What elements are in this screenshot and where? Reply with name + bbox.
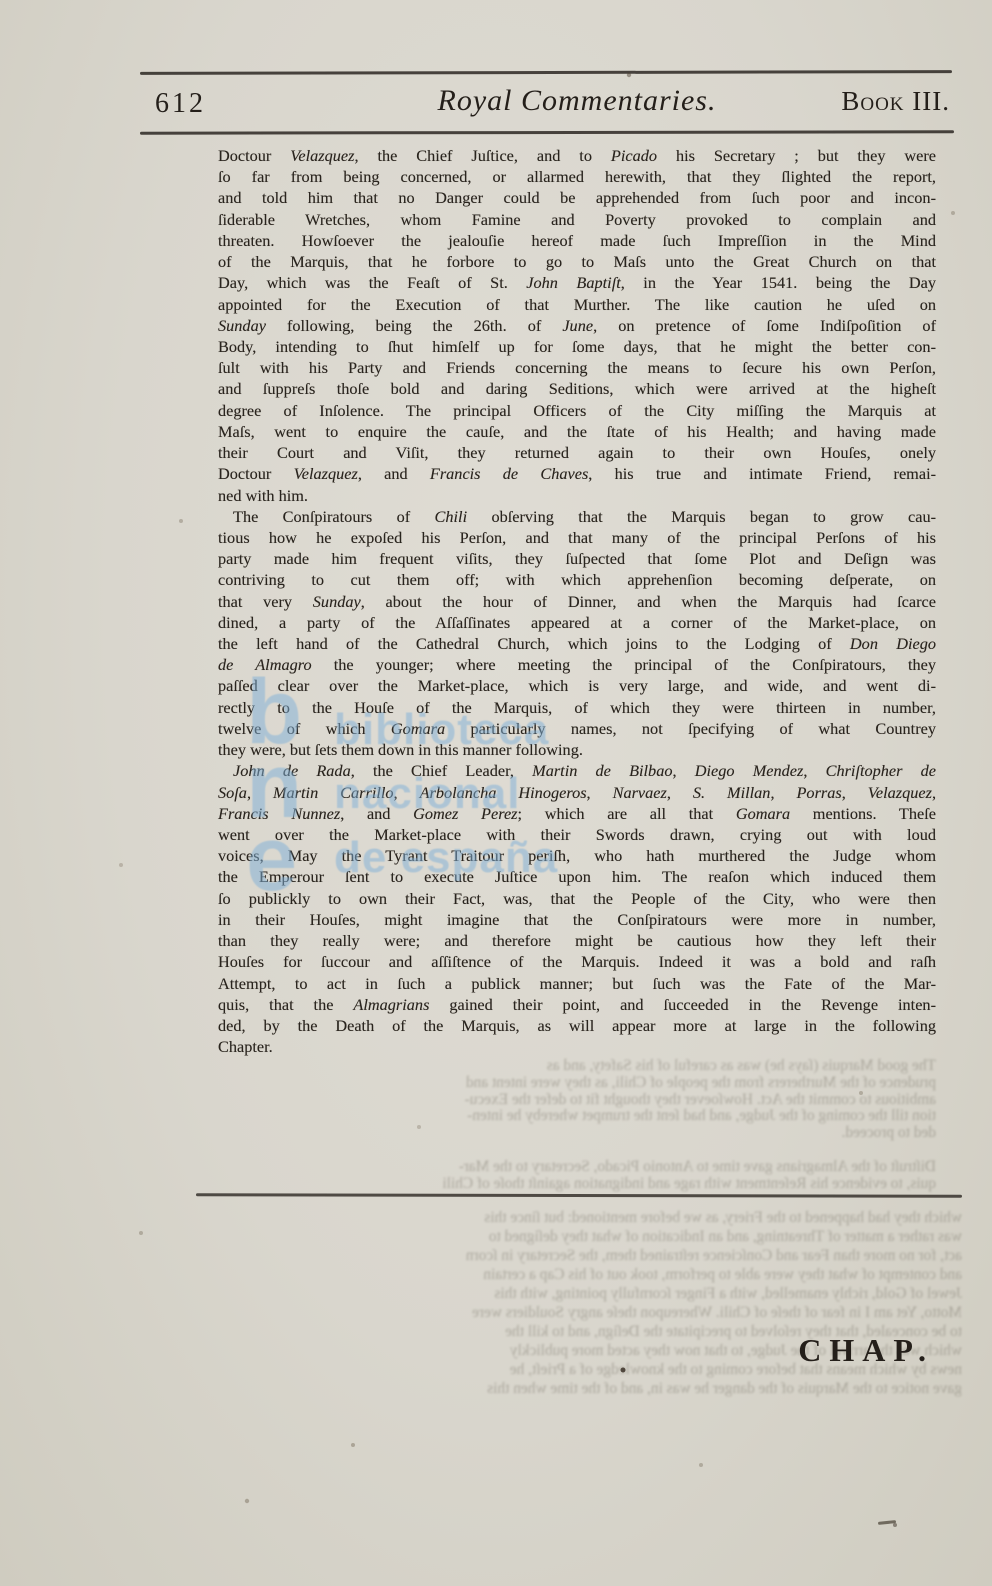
bleedthrough-line: was rather a matter of Threatning, and a…: [200, 1227, 962, 1246]
bleedthrough-line: The good Marquis (ſays he) was as carefu…: [218, 1058, 936, 1075]
text-line: tious how he expoſed his Perſon, and tha…: [218, 527, 936, 548]
bleedthrough-line: quis, to evidence his Reſentment with ra…: [218, 1176, 936, 1193]
text-line: Houſes for ſuccour and aſſiſtence of the…: [218, 951, 936, 972]
book-label: Book III.: [841, 86, 950, 117]
text-line: ſo publickly to own their Fact, was, tha…: [218, 888, 936, 909]
text-line: Soſa, Martin Carrillo, Arbolancha Hinoge…: [218, 782, 936, 803]
bleedthrough-line: prudence of the Murtherers from the peop…: [218, 1075, 936, 1092]
text-line: went over the Market-place with their Sw…: [218, 824, 936, 845]
text-line: and told him that no Danger could be app…: [218, 187, 936, 208]
bleedthrough-below-rule: which they had happened to the Friery, a…: [200, 1208, 962, 1398]
section-rule: [196, 1193, 962, 1197]
body-text: Doctour Velazquez, the Chief Juſtice, an…: [218, 145, 936, 1057]
text-line: dined, a party of the Aſſaſſinates appea…: [218, 612, 936, 633]
text-line: twelve of which Gomara particularly name…: [218, 718, 936, 739]
text-line: and ſuppreſs thoſe bold and daring Sedit…: [218, 378, 936, 399]
text-line: than they really were; and therefore mig…: [218, 930, 936, 951]
text-line: ſo far from being concerned, or allarmed…: [218, 166, 936, 187]
running-title: Royal Commentaries.: [218, 84, 936, 118]
paragraph: John de Rada, the Chief Leader, Martin d…: [218, 760, 936, 1057]
text-line: threaten. Howſoever the jealouſie hereof…: [218, 230, 936, 251]
text-line: Day, which was the Feaſt of St. John Bap…: [218, 272, 936, 293]
text-line: the Emperour ſent to execute Juſtice upo…: [218, 866, 936, 887]
bleedthrough-line: ambitious to commit the Act. Howſoever t…: [218, 1092, 936, 1109]
text-line: de Almagro the younger; where meeting th…: [218, 654, 936, 675]
bleedthrough-line: Jewel of Gold, richly enamelled, with a …: [200, 1284, 962, 1303]
paper-specks: [0, 0, 2, 2]
text-line: ned with him.: [218, 485, 936, 506]
text-line: Doctour Velazquez, the Chief Juſtice, an…: [218, 145, 936, 166]
text-line: The Conſpiratours of Chili obſerving tha…: [218, 506, 936, 527]
text-line: the left hand of the Cathedral Church, w…: [218, 633, 936, 654]
text-line: degree of Inſolence. The principal Offic…: [218, 400, 936, 421]
paragraph: The Conſpiratours of Chili obſerving tha…: [218, 506, 936, 761]
bleedthrough-line: tion till the coming of the Judge, and h…: [218, 1108, 936, 1125]
text-line: Chapter.: [218, 1036, 936, 1057]
book-page: 612 Royal Commentaries. Book III. Doctou…: [0, 0, 992, 1586]
text-line: their Court and Viſit, they returned aga…: [218, 442, 936, 463]
text-line: John de Rada, the Chief Leader, Martin d…: [218, 760, 936, 781]
bleedthrough-line: gave notice to the Marquis of the danger…: [200, 1379, 962, 1398]
bleedthrough-line: Diſtruſt of the Almagrians gave time to …: [218, 1159, 936, 1176]
bleedthrough-line: Motto, Yet am I in fear of theſe of Chil…: [200, 1303, 962, 1322]
header-rule-top: [140, 70, 952, 75]
text-line: ded, by the Death of the Marquis, as wil…: [218, 1015, 936, 1036]
text-line: that very Sunday, about the hour of Dinn…: [218, 591, 936, 612]
bleedthrough-line: and contempt of what they were able to p…: [200, 1265, 962, 1284]
bleedthrough-above-rule: The good Marquis (ſays he) was as carefu…: [218, 1058, 936, 1192]
bleedthrough-line: ded to proceed.: [218, 1125, 936, 1142]
text-line: ſult with his Party and Friends concerni…: [218, 357, 936, 378]
catchword: CHAP.: [798, 1332, 934, 1369]
text-line: rectly to the Houſe of the Marquis, of w…: [218, 697, 936, 718]
text-line: Doctour Velazquez, and Francis de Chaves…: [218, 463, 936, 484]
stray-ink-mark: [878, 1520, 896, 1524]
text-line: of the Marquis, that he forbore to go to…: [218, 251, 936, 272]
text-line: ſiderable Wretches, whom Famine and Pove…: [218, 209, 936, 230]
text-line: Maſs, went to enquire the cauſe, and the…: [218, 421, 936, 442]
text-line: voices, May the Tyrant Traitour periſh, …: [218, 845, 936, 866]
paragraph: Doctour Velazquez, the Chief Juſtice, an…: [218, 145, 936, 506]
text-line: Francis Nunnez, and Gomez Perez; which a…: [218, 803, 936, 824]
bleedthrough-line: act, for no more than Fear and Conſcienc…: [200, 1246, 962, 1265]
text-line: party made him frequent viſits, they ſuſ…: [218, 548, 936, 569]
text-line: paſſed clear over the Market-place, whic…: [218, 675, 936, 696]
bleedthrough-line: which they had happened to the Friery, a…: [200, 1208, 962, 1227]
text-line: appointed for the Execution of that Murt…: [218, 294, 936, 315]
bleedthrough-line: [218, 1142, 936, 1159]
text-line: Sunday following, being the 26th. of Jun…: [218, 315, 936, 336]
page-number: 612: [155, 88, 206, 120]
header-rule-bottom: [140, 130, 954, 134]
text-line: contriving to cut them off; with which a…: [218, 569, 936, 590]
text-line: they were, but ſets them down in this ma…: [218, 739, 936, 760]
text-line: Body, intending to ſhut himſelf up for ſ…: [218, 336, 936, 357]
text-line: in their Houſes, might imagine that the …: [218, 909, 936, 930]
text-line: Attempt, to act in ſuch a publick manner…: [218, 973, 936, 994]
text-line: quis, that the Almagrians gained their p…: [218, 994, 936, 1015]
